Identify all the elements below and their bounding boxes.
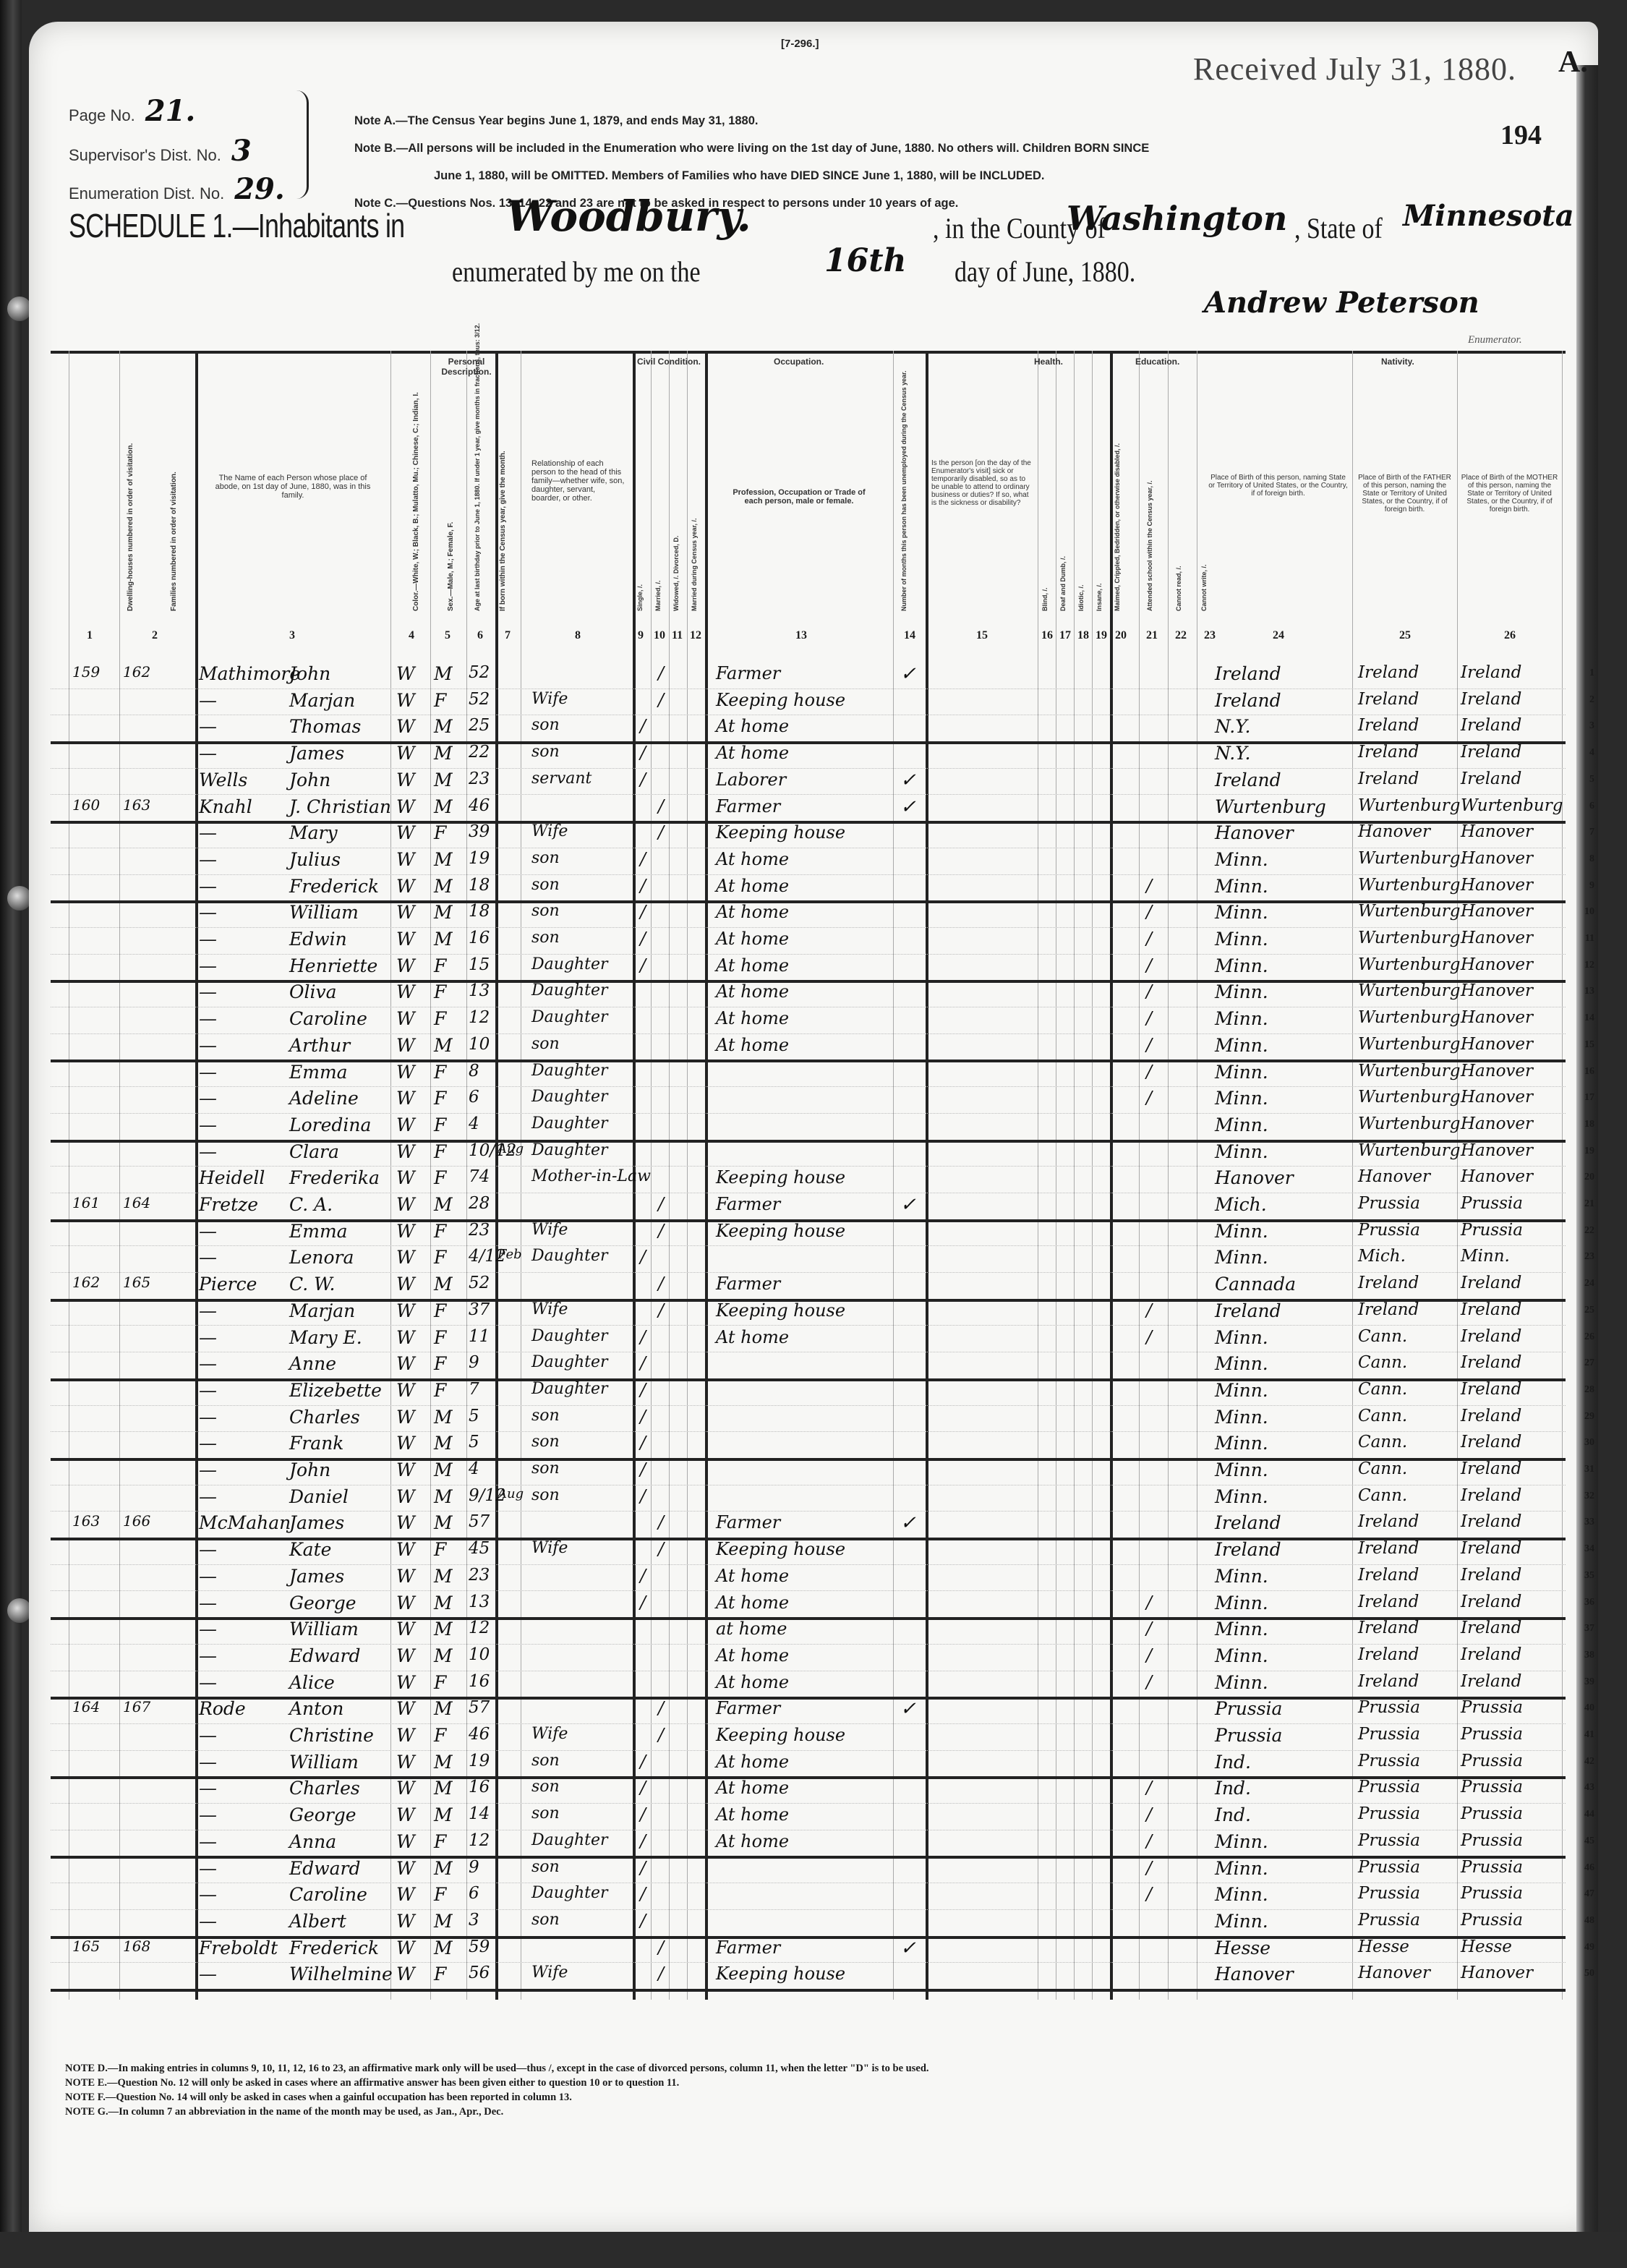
- age: 59: [469, 1937, 490, 1956]
- family-number: 163: [123, 796, 150, 814]
- table-row: —WilliamWM18son/At home/Minn.WurtenburgH…: [51, 900, 1566, 928]
- given-name: George: [289, 1593, 356, 1613]
- age: 52: [469, 663, 490, 682]
- relationship: son: [531, 876, 560, 894]
- school-mark: /: [1146, 1831, 1152, 1851]
- occupation: At home: [716, 849, 789, 869]
- school-mark: /: [1146, 981, 1152, 1002]
- mother-birthplace: Ireland: [1461, 1407, 1521, 1425]
- unemployed-mark: ✓: [900, 1194, 916, 1216]
- surname: —: [199, 690, 217, 711]
- given-name: Marjan: [289, 1300, 355, 1321]
- sex: M: [434, 1698, 453, 1719]
- father-birthplace: Wurtenburg: [1358, 1088, 1460, 1107]
- occupation: Farmer: [716, 1698, 780, 1718]
- relationship: son: [531, 1433, 560, 1451]
- relationship: servant: [531, 769, 592, 788]
- sex: F: [434, 1831, 446, 1852]
- table-row: —JuliusWM19son/At homeMinn.WurtenburgHan…: [51, 848, 1566, 875]
- color: W: [396, 1512, 415, 1533]
- father-birthplace: Wurtenburg: [1358, 796, 1460, 815]
- age: 52: [469, 690, 490, 709]
- sex: M: [434, 902, 453, 923]
- color: W: [396, 929, 415, 950]
- line-number: 23: [1584, 1251, 1594, 1263]
- relationship: son: [531, 1035, 560, 1053]
- occupation: At home: [716, 1831, 789, 1851]
- father-birthplace: Prussia: [1358, 1804, 1420, 1823]
- given-name: C. W.: [289, 1274, 335, 1295]
- dwelling-number: 160: [72, 796, 100, 814]
- given-name: Charles: [289, 1407, 360, 1428]
- mother-birthplace: Hanover: [1461, 849, 1533, 868]
- sex: M: [434, 1593, 453, 1613]
- father-birthplace: Ireland: [1358, 769, 1419, 788]
- dwelling-number: 159: [72, 663, 100, 681]
- table-row: —CharlesWM16son/At home/Ind.PrussiaPruss…: [51, 1776, 1566, 1804]
- sex: M: [434, 1407, 453, 1428]
- given-name: Elizebette: [289, 1380, 382, 1401]
- father-birthplace: Prussia: [1358, 1858, 1420, 1877]
- line-number: 5: [1589, 774, 1594, 785]
- given-name: John: [289, 1459, 330, 1480]
- mother-birthplace: Ireland: [1461, 769, 1521, 788]
- mother-birthplace: Hanover: [1461, 822, 1533, 841]
- birthplace: Minn.: [1215, 955, 1268, 976]
- color: W: [396, 1274, 415, 1295]
- birthplace: N.Y.: [1215, 743, 1250, 764]
- mother-birthplace: Hesse: [1461, 1937, 1512, 1956]
- color: W: [396, 876, 415, 897]
- age: 6: [469, 1088, 479, 1107]
- school-mark: /: [1146, 955, 1152, 976]
- birthplace: Ireland: [1215, 1300, 1281, 1321]
- col5-header: Sex.—Male, M.; Female, F.: [447, 481, 455, 611]
- given-name: James: [289, 743, 344, 764]
- relationship: son: [531, 1459, 560, 1478]
- color: W: [396, 743, 415, 764]
- enumerator-signature: Andrew Peterson: [1204, 286, 1479, 320]
- table-row: —WilliamWM12at home/Minn.IrelandIreland3…: [51, 1617, 1566, 1645]
- color: W: [396, 1194, 415, 1215]
- family-number: 167: [123, 1698, 150, 1715]
- relationship: son: [531, 1407, 560, 1425]
- occupation: Laborer: [716, 769, 786, 790]
- birthplace: Ind.: [1215, 1778, 1251, 1799]
- mother-birthplace: Prussia: [1461, 1804, 1523, 1823]
- line-number: 28: [1584, 1384, 1594, 1396]
- age: 3: [469, 1911, 479, 1930]
- line-number: 3: [1589, 720, 1594, 732]
- relationship: Daughter: [531, 1247, 608, 1265]
- relationship: Wife: [531, 1300, 568, 1318]
- sex: M: [434, 849, 453, 870]
- surname: —: [199, 1141, 217, 1162]
- birthplace: Minn.: [1215, 1407, 1268, 1428]
- line-number: 38: [1584, 1650, 1594, 1661]
- mother-birthplace: Ireland: [1461, 1539, 1521, 1558]
- surname: —: [199, 1088, 217, 1109]
- col17-header: Deaf and Dumb, /.: [1059, 517, 1067, 611]
- given-name: Charles: [289, 1778, 360, 1799]
- birthplace: Wurtenburg: [1215, 796, 1326, 817]
- line-number: 50: [1584, 1968, 1594, 1979]
- birthplace: Minn.: [1215, 1911, 1268, 1932]
- table-row: —AdelineWF6Daughter/Minn.WurtenburgHanov…: [51, 1086, 1566, 1114]
- nativity-header: Nativity.: [1381, 357, 1414, 367]
- line-number: 40: [1584, 1702, 1594, 1714]
- given-name: Oliva: [289, 981, 337, 1002]
- mother-birthplace: Hanover: [1461, 1964, 1533, 1982]
- table-row: 165168FreboldtFrederickWM59/Farmer✓Hesse…: [51, 1936, 1566, 1964]
- instruction-notes: Note A.—The Census Year begins June 1, 1…: [354, 107, 1149, 217]
- line-number: 30: [1584, 1437, 1594, 1449]
- table-row: —CarolineWF6Daughter//Minn.PrussiaPrussi…: [51, 1883, 1566, 1910]
- mother-birthplace: Prussia: [1461, 1884, 1523, 1903]
- age: 23: [469, 769, 490, 788]
- table-row: —AnnaWF12Daughter/At home/Minn.PrussiaPr…: [51, 1830, 1566, 1859]
- given-name: Arthur: [289, 1035, 350, 1056]
- single-mark: /: [640, 769, 646, 790]
- father-birthplace: Cann.: [1358, 1486, 1407, 1505]
- father-birthplace: Cann.: [1358, 1327, 1407, 1346]
- father-birthplace: Cann.: [1358, 1407, 1407, 1425]
- birthplace: Minn.: [1215, 1459, 1268, 1480]
- occupation: Keeping house: [716, 1300, 845, 1321]
- line-number: 21: [1584, 1198, 1594, 1210]
- birthplace: Minn.: [1215, 1380, 1268, 1401]
- line-number: 9: [1589, 880, 1594, 892]
- given-name: William: [289, 1752, 359, 1773]
- school-mark: /: [1146, 1008, 1152, 1028]
- occupation: Keeping house: [716, 1221, 845, 1241]
- married-mark: /: [658, 1937, 664, 1958]
- table-row: —EmmaWF23Wife/Keeping houseMinn.PrussiaP…: [51, 1219, 1566, 1247]
- age: 14: [469, 1804, 490, 1823]
- table-row: —ArthurWM10sonAt home/Minn.WurtenburgHan…: [51, 1033, 1566, 1063]
- mother-birthplace: Prussia: [1461, 1831, 1523, 1850]
- surname: —: [199, 1062, 217, 1083]
- surname: Heidell: [199, 1167, 265, 1188]
- line-number: 43: [1584, 1782, 1594, 1794]
- sex: M: [434, 1194, 453, 1215]
- age: 8: [469, 1062, 479, 1080]
- father-birthplace: Prussia: [1358, 1884, 1420, 1903]
- mother-birthplace: Ireland: [1461, 1300, 1521, 1319]
- mother-birthplace: Prussia: [1461, 1194, 1523, 1213]
- occupation: At home: [716, 1804, 789, 1825]
- mother-birthplace: Hanover: [1461, 1035, 1533, 1054]
- color: W: [396, 1619, 415, 1640]
- sex: F: [434, 981, 446, 1002]
- father-birthplace: Wurtenburg: [1358, 902, 1460, 921]
- age: 13: [469, 981, 490, 1000]
- given-name: Frank: [289, 1433, 343, 1454]
- table-row: —EdwinWM16son/At home/Minn.WurtenburgHan…: [51, 927, 1566, 955]
- married-mark: /: [658, 1194, 664, 1214]
- age: 56: [469, 1964, 490, 1982]
- dwelling-number: 165: [72, 1937, 100, 1955]
- school-mark: /: [1146, 1884, 1152, 1904]
- single-mark: /: [640, 1353, 646, 1373]
- color: W: [396, 1114, 415, 1135]
- relationship: son: [531, 1911, 560, 1929]
- health-header: Health.: [1034, 357, 1063, 367]
- father-birthplace: Ireland: [1358, 690, 1419, 709]
- relationship: son: [531, 929, 560, 947]
- line-number: 36: [1584, 1597, 1594, 1608]
- given-name: Emma: [289, 1221, 348, 1242]
- single-mark: /: [640, 1380, 646, 1400]
- table-row: —ClaraWF10/12AugDaughterMinn.WurtenburgH…: [51, 1140, 1566, 1167]
- relationship: son: [531, 743, 560, 761]
- note-a: Note A.—The Census Year begins June 1, 1…: [354, 107, 1149, 135]
- father-birthplace: Hesse: [1358, 1937, 1409, 1956]
- line-number: 1: [1589, 668, 1594, 679]
- birthplace: Minn.: [1215, 1221, 1268, 1242]
- table-row: —CarolineWF12DaughterAt home/Minn.Wurten…: [51, 1007, 1566, 1034]
- dwelling-number: 162: [72, 1274, 100, 1291]
- age: 13: [469, 1593, 490, 1611]
- school-mark: /: [1146, 1593, 1152, 1613]
- school-mark: /: [1146, 1035, 1152, 1055]
- color: W: [396, 1725, 415, 1746]
- birthplace: Minn.: [1215, 1088, 1268, 1109]
- color: W: [396, 1167, 415, 1188]
- col6-header: Age at last birthday prior to June 1, 18…: [474, 380, 481, 611]
- mother-birthplace: Hanover: [1461, 981, 1533, 1000]
- school-mark: /: [1146, 902, 1152, 922]
- line-number: 29: [1584, 1411, 1594, 1423]
- color: W: [396, 1566, 415, 1587]
- unemployed-mark: ✓: [900, 1937, 916, 1959]
- sex: M: [434, 769, 453, 790]
- table-row: 160163KnahlJ. ChristianWM46/Farmer✓Wurte…: [51, 795, 1566, 824]
- color: W: [396, 1778, 415, 1799]
- surname: —: [199, 1300, 217, 1321]
- line-number: 15: [1584, 1039, 1594, 1051]
- table-row: —MarjanWF37Wife/Keeping house/IrelandIre…: [51, 1299, 1566, 1326]
- sex: F: [434, 1539, 446, 1560]
- birthplace: Minn.: [1215, 1353, 1268, 1374]
- surname: Fretze: [199, 1194, 258, 1215]
- surname: —: [199, 1353, 217, 1374]
- married-mark: /: [658, 796, 664, 817]
- table-row: —ElizebetteWF7Daughter/Minn.Cann.Ireland…: [51, 1378, 1566, 1406]
- line-number: 34: [1584, 1543, 1594, 1555]
- surname: —: [199, 822, 217, 843]
- dwelling-number: 161: [72, 1194, 100, 1211]
- birthplace: Minn.: [1215, 1327, 1268, 1348]
- color: W: [396, 1937, 415, 1958]
- given-name: William: [289, 1619, 359, 1640]
- color: W: [396, 1008, 415, 1029]
- col24-header: Place of Birth of this person, naming St…: [1208, 474, 1349, 498]
- mother-birthplace: Ireland: [1461, 743, 1521, 762]
- col10-header: Married, /.: [654, 532, 662, 611]
- birthplace: Minn.: [1215, 1858, 1268, 1879]
- col19-header: Insane, /.: [1096, 553, 1103, 611]
- line-number: 14: [1584, 1012, 1594, 1024]
- sex: F: [434, 1221, 446, 1242]
- married-mark: /: [658, 1698, 664, 1718]
- sex: F: [434, 1008, 446, 1029]
- table-row: —GeorgeWM13/At home/Minn.IrelandIreland3…: [51, 1591, 1566, 1621]
- occupation: Keeping house: [716, 1725, 845, 1745]
- mother-birthplace: Ireland: [1461, 716, 1521, 735]
- table-row: HeidellFrederikaWF74Mother-in-LawKeeping…: [51, 1166, 1566, 1193]
- col20-header: Maimed, Crippled, Bedridden, or otherwis…: [1114, 380, 1121, 611]
- given-name: Daniel: [289, 1486, 349, 1507]
- line-number: 41: [1584, 1729, 1594, 1741]
- surname: Wells: [199, 769, 247, 790]
- col4-header: Color.—White, W.; Black, B.; Mulatto, Mu…: [412, 394, 420, 611]
- age: 16: [469, 929, 490, 947]
- birthplace: Minn.: [1215, 1141, 1268, 1162]
- col13-header: Profession, Occupation or Trade of each …: [727, 488, 871, 506]
- color: W: [396, 902, 415, 923]
- color: W: [396, 1804, 415, 1825]
- schedule-title: SCHEDULE 1.—Inhabitants in: [69, 206, 404, 245]
- relationship: Mother-in-Law: [531, 1167, 651, 1185]
- line-number: 37: [1584, 1623, 1594, 1634]
- father-birthplace: Cann.: [1358, 1433, 1407, 1451]
- given-name: Caroline: [289, 1884, 367, 1905]
- occupation: Keeping house: [716, 822, 845, 843]
- birthplace: Ind.: [1215, 1804, 1251, 1825]
- birthplace: Minn.: [1215, 1593, 1268, 1613]
- birthplace: Minn.: [1215, 1247, 1268, 1268]
- line-number: 24: [1584, 1278, 1594, 1289]
- folio-number: 194: [1500, 119, 1542, 151]
- sex: M: [434, 1858, 453, 1879]
- birthplace: Minn.: [1215, 1114, 1268, 1135]
- color: W: [396, 1698, 415, 1719]
- birthplace: Hesse: [1215, 1937, 1271, 1958]
- school-mark: /: [1146, 1619, 1152, 1639]
- single-mark: /: [640, 1327, 646, 1347]
- line-number: 11: [1585, 933, 1594, 945]
- scan-border: [0, 2232, 1627, 2268]
- father-birthplace: Ireland: [1358, 1645, 1419, 1664]
- sex: M: [434, 1459, 453, 1480]
- age: 25: [469, 716, 490, 735]
- single-mark: /: [640, 1407, 646, 1427]
- sex: M: [434, 796, 453, 817]
- school-mark: /: [1146, 1778, 1152, 1798]
- enumeration-dist: Enumeration Dist. No.29.: [69, 172, 285, 206]
- single-mark: /: [640, 1593, 646, 1613]
- given-name: Emma: [289, 1062, 348, 1083]
- given-name: Frederick: [289, 876, 379, 897]
- age: 16: [469, 1778, 490, 1796]
- family-number: 166: [123, 1512, 150, 1530]
- mother-birthplace: Ireland: [1461, 1433, 1521, 1451]
- age: 46: [469, 1725, 490, 1744]
- school-mark: /: [1146, 1645, 1152, 1666]
- father-birthplace: Wurtenburg: [1358, 955, 1460, 974]
- sex: F: [434, 1062, 446, 1083]
- school-mark: /: [1146, 1804, 1152, 1825]
- surname: —: [199, 902, 217, 923]
- table-row: —JohnWM4son/Minn.Cann.Ireland31: [51, 1458, 1566, 1485]
- mother-birthplace: Hanover: [1461, 1088, 1533, 1107]
- surname: Mathimore: [199, 663, 300, 684]
- table-row: —JamesWM23/At homeMinn.IrelandIreland35: [51, 1564, 1566, 1592]
- age: 18: [469, 876, 490, 895]
- table-row: —HenrietteWF15Daughter/At home/Minn.Wurt…: [51, 954, 1566, 984]
- father-birthplace: Wurtenburg: [1358, 929, 1460, 947]
- relationship: son: [531, 1486, 560, 1504]
- school-mark: /: [1146, 876, 1152, 896]
- mother-birthplace: Wurtenburg: [1461, 796, 1563, 815]
- father-birthplace: Wurtenburg: [1358, 981, 1460, 1000]
- mother-birthplace: Ireland: [1461, 690, 1521, 709]
- occupation: Keeping house: [716, 1167, 845, 1188]
- age: 4: [469, 1114, 479, 1133]
- line-number: 49: [1584, 1942, 1594, 1953]
- surname: —: [199, 876, 217, 897]
- age: 23: [469, 1566, 490, 1585]
- table-row: 162165PierceC. W.WM52/FarmerCannadaIrela…: [51, 1272, 1566, 1302]
- father-birthplace: Ireland: [1358, 1672, 1419, 1691]
- surname: —: [199, 716, 217, 737]
- married-mark: /: [658, 1964, 664, 1984]
- birthplace: Hanover: [1215, 822, 1294, 843]
- married-mark: /: [658, 822, 664, 843]
- given-name: Frederika: [289, 1167, 380, 1188]
- occupation: Farmer: [716, 796, 780, 817]
- sex: F: [434, 1167, 446, 1188]
- color: W: [396, 1380, 415, 1401]
- school-mark: /: [1146, 1300, 1152, 1321]
- father-birthplace: Wurtenburg: [1358, 1062, 1460, 1080]
- relationship: Daughter: [531, 981, 608, 999]
- table-row: —EmmaWF8Daughter/Minn.WurtenburgHanover1…: [51, 1060, 1566, 1088]
- color: W: [396, 716, 415, 737]
- relationship: Daughter: [531, 1353, 608, 1371]
- color: W: [396, 690, 415, 711]
- color: W: [396, 1486, 415, 1507]
- married-mark: /: [658, 690, 664, 710]
- mother-birthplace: Prussia: [1461, 1698, 1523, 1717]
- color: W: [396, 1911, 415, 1932]
- birthplace: Prussia: [1215, 1725, 1282, 1746]
- relationship: Daughter: [531, 1831, 608, 1849]
- father-birthplace: Ireland: [1358, 1512, 1419, 1531]
- birthplace: Minn.: [1215, 1008, 1268, 1029]
- line-number: 20: [1584, 1172, 1594, 1183]
- binding-ring: [7, 886, 32, 911]
- surname: —: [199, 1964, 217, 1984]
- surname: Rode: [199, 1698, 246, 1719]
- table-row: —AlbertWM3son/Minn.PrussiaPrussia48: [51, 1909, 1566, 1939]
- mother-birthplace: Prussia: [1461, 1752, 1523, 1770]
- mother-birthplace: Ireland: [1461, 1486, 1521, 1505]
- color: W: [396, 1300, 415, 1321]
- unemployed-mark: ✓: [900, 1512, 916, 1534]
- education-header: Education.: [1135, 357, 1179, 367]
- given-name: Thomas: [289, 716, 361, 737]
- birthplace: N.Y.: [1215, 716, 1250, 737]
- census-table: Personal Description. Civil Condition. O…: [51, 351, 1566, 2000]
- birthplace: Minn.: [1215, 1486, 1268, 1507]
- father-birthplace: Prussia: [1358, 1831, 1420, 1850]
- relationship: son: [531, 1858, 560, 1876]
- single-mark: /: [640, 1433, 646, 1453]
- color: W: [396, 1593, 415, 1613]
- relationship: son: [531, 902, 560, 920]
